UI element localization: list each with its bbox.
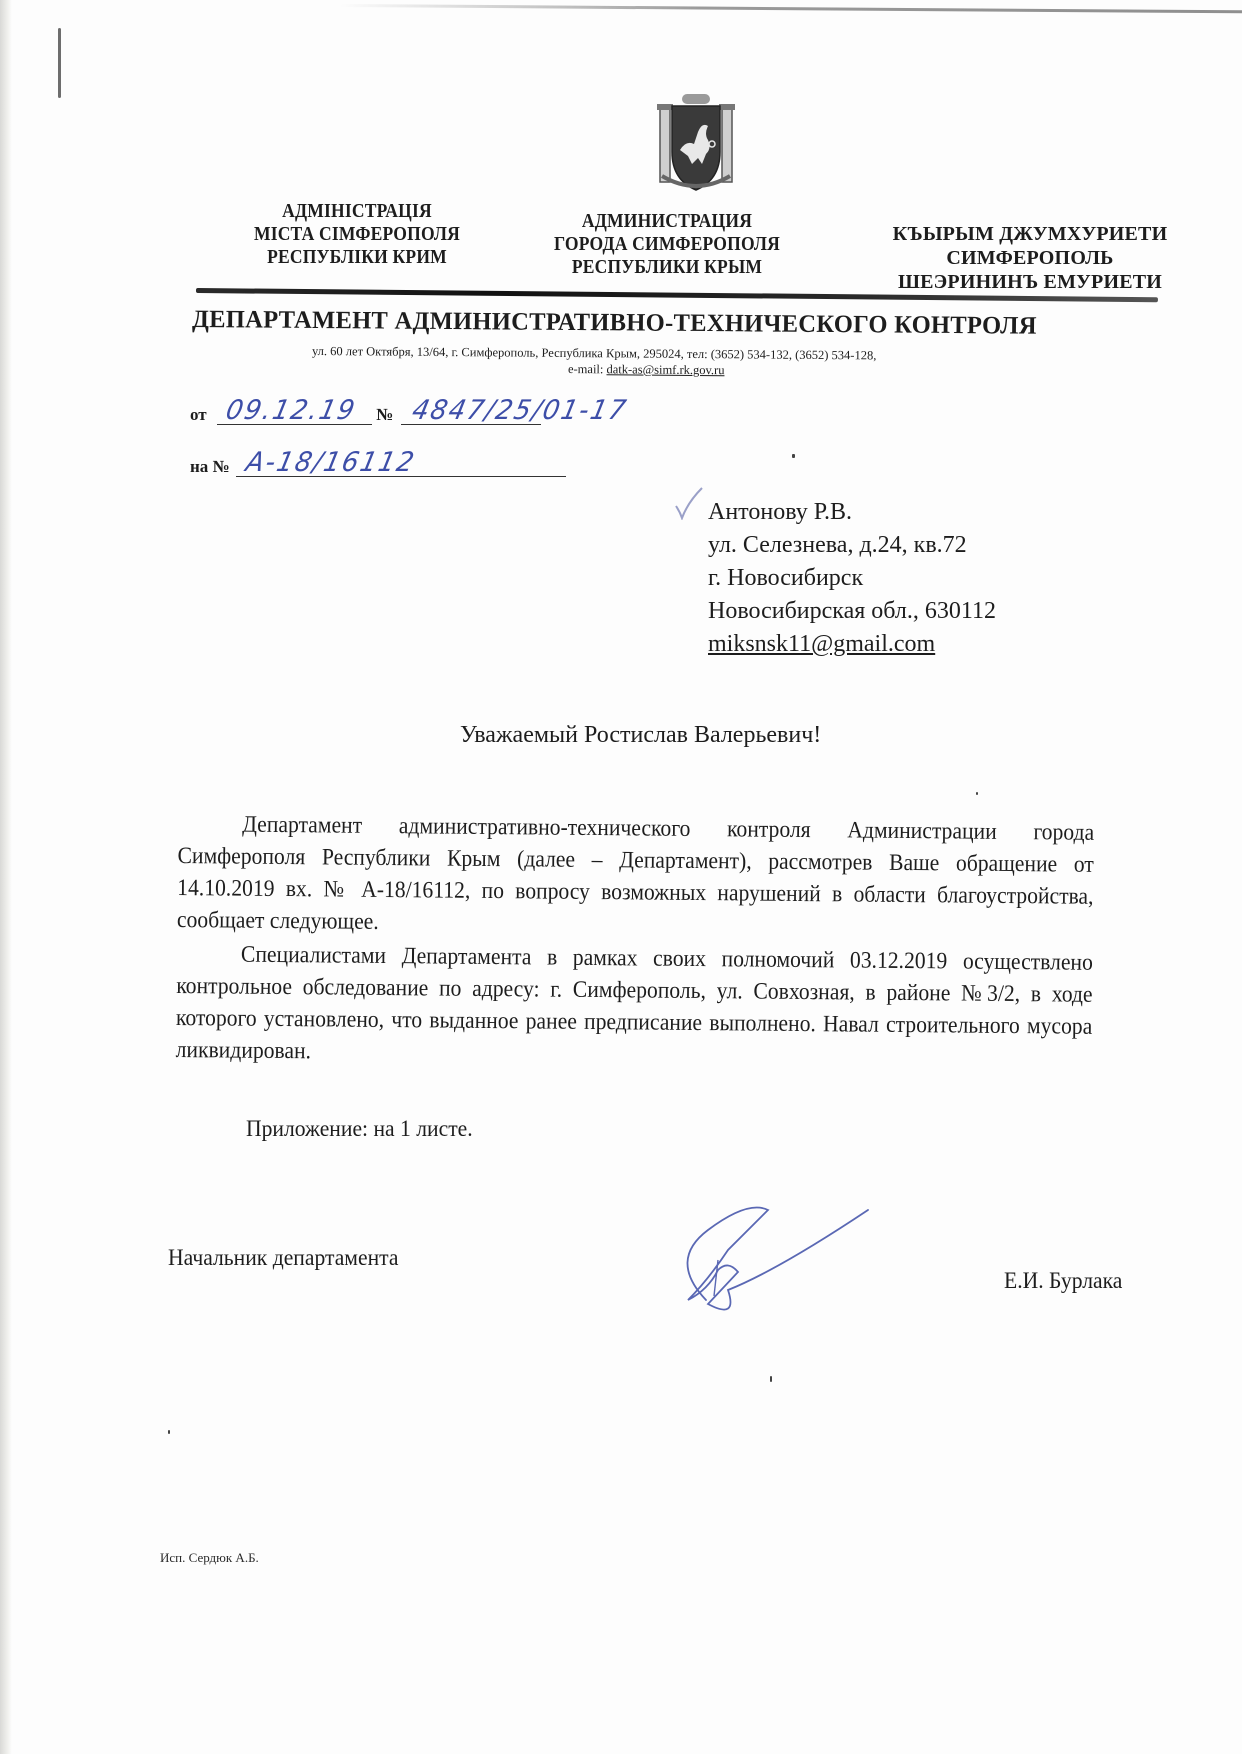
- scan-speck: [168, 1430, 170, 1434]
- handwritten-signature: [648, 1200, 928, 1320]
- letter-body: Департамент административно-технического…: [176, 808, 1095, 1075]
- date-label: от: [190, 405, 207, 425]
- margin-mark: [58, 28, 61, 98]
- letterhead-line: РЕСПУБЛИКИ КРЫМ: [528, 256, 807, 279]
- letterhead-crimean-tatar: КЪЫРЫМ ДЖУМХУРИЕТИ СИМФЕРОПОЛЬ ШЕЭРИНИНЪ…: [860, 222, 1200, 294]
- letterhead-ukrainian: АДМІНІСТРАЦІЯ МІСТА СІМФЕРОПОЛЯ РЕСПУБЛІ…: [227, 200, 488, 269]
- reply-to-handwritten: А-18/16112: [243, 447, 418, 478]
- letterhead-line: СИМФЕРОПОЛЬ: [860, 246, 1200, 270]
- letterhead-line: РЕСПУБЛІКИ КРИМ: [227, 246, 488, 269]
- scan-speck: [770, 1376, 772, 1382]
- number-handwritten: 4847/25/01-17: [410, 395, 631, 426]
- department-email-link[interactable]: datk-as@simf.rk.gov.ru: [606, 362, 724, 377]
- email-label: e-mail:: [568, 362, 604, 376]
- letterhead-line: МІСТА СІМФЕРОПОЛЯ: [227, 223, 488, 246]
- letterhead-line: АДМІНІСТРАЦІЯ: [227, 200, 488, 223]
- number-field: 4847/25/01-17: [401, 398, 541, 425]
- scan-edge-top: [340, 4, 1242, 13]
- addressee-city: г. Новосибирск: [708, 562, 996, 595]
- signer-title: Начальник департамента: [168, 1245, 398, 1272]
- addressee-name: Антонову Р.В.: [708, 496, 996, 529]
- addressee-region: Новосибирская обл., 630112: [708, 595, 996, 628]
- addressee-street: ул. Селезнева, д.24, кв.72: [708, 529, 996, 562]
- executor-note: Исп. Сердюк А.Б.: [160, 1550, 259, 1566]
- reply-to-label: на №: [190, 457, 230, 477]
- body-paragraph: Специалистами Департамента в рамках свои…: [176, 938, 1094, 1075]
- date-handwritten: 09.12.19: [223, 395, 359, 426]
- date-field: 09.12.19: [217, 398, 372, 425]
- scan-edge-left: [0, 0, 12, 1754]
- signer-name: Е.И. Бурлака: [1004, 1268, 1122, 1295]
- department-address: ул. 60 лет Октября, 13/64, г. Симферопол…: [312, 344, 1072, 365]
- letterhead-line: АДМИНИСТРАЦИЯ: [528, 210, 807, 233]
- checkmark-icon: [672, 486, 704, 520]
- salutation: Уважаемый Ростислав Валерьевич!: [460, 722, 821, 749]
- department-email: e-mail: datk-as@simf.rk.gov.ru: [568, 362, 725, 378]
- addressee-block: Антонову Р.В. ул. Селезнева, д.24, кв.72…: [708, 496, 996, 661]
- outgoing-reference: от 09.12.19 № 4847/25/01-17: [190, 398, 541, 425]
- letterhead-russian: АДМИНИСТРАЦИЯ ГОРОДА СИМФЕРОПОЛЯ РЕСПУБЛ…: [528, 210, 807, 279]
- department-title: ДЕПАРТАМЕНТ АДМИНИСТРАТИВНО-ТЕХНИЧЕСКОГО…: [192, 306, 1162, 342]
- crimea-coat-of-arms-icon: [652, 92, 740, 198]
- addressee-email[interactable]: miksnsk11@gmail.com: [708, 628, 996, 661]
- scan-speck: [976, 792, 978, 795]
- number-label: №: [376, 405, 393, 425]
- letterhead-line: КЪЫРЫМ ДЖУМХУРИЕТИ: [860, 222, 1200, 246]
- incoming-reference: на № А-18/16112: [190, 450, 566, 477]
- scan-speck: [792, 454, 795, 458]
- body-paragraph: Департамент административно-технического…: [177, 808, 1095, 945]
- attachment-note: Приложение: на 1 листе.: [246, 1116, 473, 1143]
- letterhead-line: ГОРОДА СИМФЕРОПОЛЯ: [528, 233, 807, 256]
- letterhead-line: ШЕЭРИНИНЪ ЕМУРИЕТИ: [860, 270, 1200, 294]
- reply-to-field: А-18/16112: [236, 450, 566, 477]
